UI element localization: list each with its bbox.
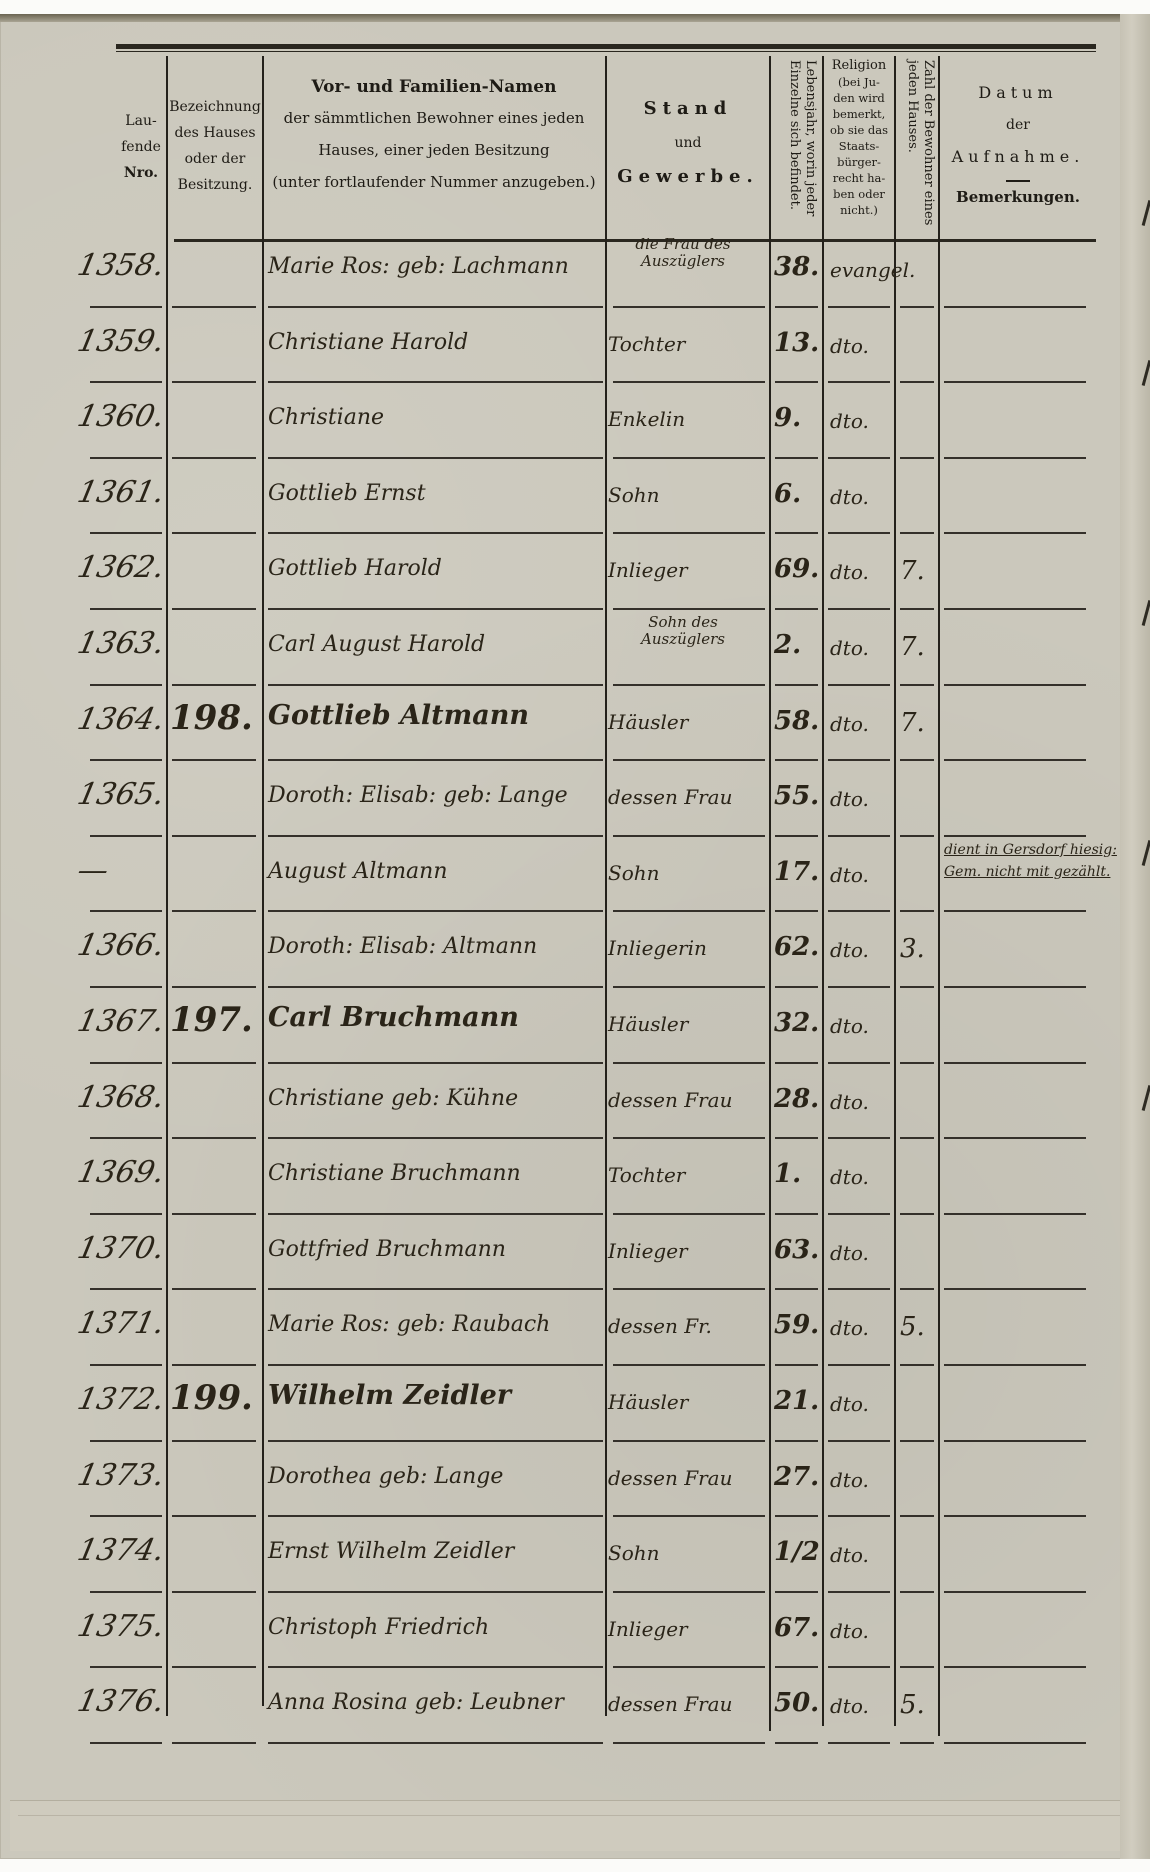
- header-text: Religion: [824, 58, 894, 74]
- resident-name: Carl Bruchmann: [268, 1002, 519, 1033]
- row-separator: [775, 684, 818, 686]
- row-separator: [828, 1591, 890, 1593]
- occupation: Tochter: [608, 1163, 685, 1187]
- row-separator: [775, 759, 818, 761]
- row-separator: [172, 1288, 256, 1290]
- house-number: 197.: [170, 1000, 253, 1040]
- row-separator: [90, 1288, 162, 1290]
- row-separator: [828, 1666, 890, 1668]
- row-separator: [828, 1515, 890, 1517]
- row-separator: [613, 986, 765, 988]
- row-separator: [268, 684, 603, 686]
- row-separator: [172, 457, 256, 459]
- row-separator: [172, 306, 256, 308]
- header-text: (unter fortlaufender Nummer anzugeben.): [264, 166, 604, 198]
- row-separator: [268, 1591, 603, 1593]
- row-separator: [613, 532, 765, 534]
- row-separator: [172, 1666, 256, 1668]
- row-separator: [944, 1515, 1086, 1517]
- row-separator: [900, 532, 934, 534]
- row-separator: [268, 608, 603, 610]
- row-separator: [90, 1062, 162, 1064]
- header-text: (bei Ju-: [824, 74, 894, 90]
- age-value: 13.: [774, 328, 819, 358]
- row-separator: [172, 910, 256, 912]
- resident-name: August Altmann: [268, 859, 448, 884]
- age-value: 28.: [774, 1084, 819, 1114]
- age-value: 55.: [774, 781, 819, 811]
- row-separator: [613, 1742, 765, 1744]
- row-separator: [90, 1440, 162, 1442]
- row-separator: [90, 608, 162, 610]
- row-separator: [172, 1364, 256, 1366]
- row-separator: [172, 1440, 256, 1442]
- row-separator: [944, 1666, 1086, 1668]
- running-number: 1373.: [74, 1458, 167, 1493]
- row-separator: [268, 1440, 603, 1442]
- religion-value: dto.: [830, 1468, 869, 1492]
- occupation: Häusler: [608, 1012, 688, 1036]
- row-separator: [775, 910, 818, 912]
- resident-name: Christiane Harold: [268, 330, 468, 355]
- header-stand: Stand und Gewerbe.: [607, 92, 769, 194]
- age-value: 58.: [774, 706, 819, 736]
- row-separator: [775, 1137, 818, 1139]
- row-separator: [90, 1515, 162, 1517]
- row-separator: [268, 1213, 603, 1215]
- header-text: des Hauses: [168, 120, 262, 146]
- resident-name: Christiane: [268, 405, 384, 430]
- running-number: 1369.: [74, 1155, 167, 1190]
- row-separator: [828, 457, 890, 459]
- resident-name: Wilhelm Zeidler: [268, 1380, 511, 1411]
- row-separator: [775, 457, 818, 459]
- row-separator: [900, 1288, 934, 1290]
- row-separator: [944, 1742, 1086, 1744]
- header-text: Bezeichnung: [168, 94, 262, 120]
- row-separator: [613, 1591, 765, 1593]
- row-separator: [90, 306, 162, 308]
- running-number: 1363.: [74, 626, 167, 661]
- row-separator: [900, 1591, 934, 1593]
- age-value: 21.: [774, 1386, 819, 1416]
- header-text: der sämmtlichen Bewohner eines jeden: [264, 102, 604, 134]
- row-separator: [90, 457, 162, 459]
- occupation: dessen Frau: [608, 1692, 732, 1716]
- row-separator: [944, 608, 1086, 610]
- header-text: Vor- und Familien-Namen: [264, 72, 604, 102]
- row-separator: [613, 1666, 765, 1668]
- header-text: der: [940, 110, 1096, 140]
- row-separator: [944, 1213, 1086, 1215]
- row-separator: [828, 986, 890, 988]
- row-separator: [900, 1440, 934, 1442]
- resident-name: Gottlieb Altmann: [268, 700, 529, 731]
- occupation: die Frau des Auszüglers: [608, 236, 758, 270]
- header-text: und: [607, 126, 769, 160]
- age-value: 59.: [774, 1310, 819, 1340]
- row-separator: [828, 835, 890, 837]
- row-separator: [775, 608, 818, 610]
- row-separator: [775, 835, 818, 837]
- occupation: Sohn: [608, 1541, 660, 1565]
- header-text: Gewerbe.: [607, 160, 769, 194]
- col-rule-4: [769, 56, 771, 1731]
- row-separator: [828, 1364, 890, 1366]
- row-separator: [828, 1137, 890, 1139]
- running-number: 1359.: [74, 324, 167, 359]
- running-number: 1358.: [74, 248, 167, 283]
- row-separator: [90, 381, 162, 383]
- occupation: Tochter: [608, 332, 685, 356]
- row-separator: [613, 457, 765, 459]
- header-text: oder der: [168, 146, 262, 172]
- row-separator: [613, 1440, 765, 1442]
- row-separator: [828, 306, 890, 308]
- religion-value: dto.: [830, 1316, 869, 1340]
- household-count: 7.: [900, 556, 925, 586]
- household-count: 5.: [900, 1690, 925, 1720]
- row-separator: [944, 835, 1086, 837]
- row-separator: [775, 1515, 818, 1517]
- running-number: 1361.: [74, 475, 167, 510]
- top-double-rule: [116, 44, 1096, 49]
- resident-name: Marie Ros: geb: Raubach: [268, 1312, 550, 1337]
- census-table: Lau- fende Nro. Bezeichnung des Hauses o…: [116, 44, 1096, 1762]
- occupation: Inlieger: [608, 1617, 688, 1641]
- row-separator: [775, 1666, 818, 1668]
- occupation: Inlieger: [608, 1239, 688, 1263]
- running-number: 1364.: [74, 702, 167, 737]
- row-separator: [268, 759, 603, 761]
- house-number: 198.: [170, 698, 253, 738]
- age-value: 17.: [774, 857, 819, 887]
- header-names: Vor- und Familien-Namen der sämmtlichen …: [264, 72, 604, 198]
- row-separator: [900, 457, 934, 459]
- row-separator: [944, 910, 1086, 912]
- header-house: Bezeichnung des Hauses oder der Besitzun…: [168, 94, 262, 198]
- row-separator: [900, 306, 934, 308]
- header-running-no: Lau- fende Nro.: [116, 108, 166, 186]
- resident-name: Anna Rosina geb: Leubner: [268, 1690, 564, 1715]
- row-separator: [613, 910, 765, 912]
- household-count: 3.: [900, 934, 925, 964]
- row-separator: [775, 306, 818, 308]
- religion-value: dto.: [830, 938, 869, 962]
- house-number: 199.: [170, 1378, 253, 1418]
- occupation: Häusler: [608, 1390, 688, 1414]
- resident-name: Christiane Bruchmann: [268, 1161, 521, 1186]
- row-separator: [828, 910, 890, 912]
- age-value: 62.: [774, 932, 819, 962]
- row-separator: [828, 532, 890, 534]
- row-separator: [90, 759, 162, 761]
- row-separator: [613, 381, 765, 383]
- religion-value: evangel.: [830, 258, 915, 282]
- row-separator: [775, 1364, 818, 1366]
- resident-name: Carl August Harold: [268, 632, 485, 657]
- row-separator: [613, 1364, 765, 1366]
- row-separator: [613, 835, 765, 837]
- row-separator: [944, 1137, 1086, 1139]
- row-separator: [944, 457, 1086, 459]
- religion-value: dto.: [830, 334, 869, 358]
- row-separator: [268, 1666, 603, 1668]
- row-separator: [900, 381, 934, 383]
- age-value: 27.: [774, 1462, 819, 1492]
- religion-value: dto.: [830, 1694, 869, 1718]
- row-separator: [775, 1062, 818, 1064]
- row-separator: [172, 1137, 256, 1139]
- col-rule-5: [822, 56, 824, 1726]
- running-number: 1375.: [74, 1609, 167, 1644]
- occupation: dessen Fr.: [608, 1314, 712, 1338]
- header-text: recht ha-: [824, 170, 894, 186]
- age-value: 38.: [774, 252, 819, 282]
- col-rule-2: [262, 56, 264, 1706]
- row-separator: [775, 532, 818, 534]
- age-value: 9.: [774, 403, 801, 433]
- religion-value: dto.: [830, 409, 869, 433]
- row-separator: [900, 835, 934, 837]
- row-separator: [613, 306, 765, 308]
- row-separator: [90, 532, 162, 534]
- resident-name: Christoph Friedrich: [268, 1615, 489, 1640]
- row-separator: [172, 1062, 256, 1064]
- row-separator: [268, 1515, 603, 1517]
- row-separator: [268, 381, 603, 383]
- header-dash: [1006, 180, 1030, 182]
- religion-value: dto.: [830, 1241, 869, 1265]
- row-separator: [268, 532, 603, 534]
- header-text: fende: [116, 134, 166, 160]
- row-separator: [828, 759, 890, 761]
- age-value: 6.: [774, 479, 801, 509]
- age-value: 2.: [774, 630, 801, 660]
- row-separator: [268, 1364, 603, 1366]
- row-separator: [172, 608, 256, 610]
- row-separator: [613, 1288, 765, 1290]
- row-separator: [944, 1364, 1086, 1366]
- row-separator: [944, 759, 1086, 761]
- header-text: Nro.: [116, 160, 166, 186]
- row-separator: [944, 1288, 1086, 1290]
- occupation: Inliegerin: [608, 936, 707, 960]
- religion-value: dto.: [830, 1090, 869, 1114]
- occupation: Häusler: [608, 710, 688, 734]
- header-text: nicht.): [824, 202, 894, 218]
- running-number: 1374.: [74, 1533, 167, 1568]
- age-value: 1/2: [774, 1537, 820, 1567]
- religion-value: dto.: [830, 712, 869, 736]
- resident-name: Doroth: Elisab: geb: Lange: [268, 783, 568, 808]
- header-age: Lebensjahr, worin jeder Einzelne sich be…: [778, 60, 818, 236]
- row-separator: [172, 986, 256, 988]
- row-separator: [900, 1515, 934, 1517]
- header-text: ben oder: [824, 186, 894, 202]
- age-value: 1.: [774, 1159, 801, 1189]
- row-separator: [900, 1137, 934, 1139]
- row-separator: [613, 1213, 765, 1215]
- col-rule-6: [894, 56, 896, 1726]
- running-number: 1371.: [74, 1306, 167, 1341]
- row-separator: [828, 608, 890, 610]
- running-number: 1360.: [74, 399, 167, 434]
- resident-name: Ernst Wilhelm Zeidler: [268, 1539, 514, 1564]
- row-separator: [828, 1440, 890, 1442]
- header-text: Datum: [940, 76, 1096, 110]
- book-spine-edge: [1120, 14, 1150, 1859]
- occupation: Sohn des Auszüglers: [608, 614, 758, 648]
- row-separator: [944, 684, 1086, 686]
- running-number: 1365.: [74, 777, 167, 812]
- occupation: dessen Frau: [608, 1466, 732, 1490]
- row-separator: [775, 1288, 818, 1290]
- col-rule-3: [605, 56, 607, 1716]
- remark-note: dient in Gersdorf hiesig: Gem. nicht mit…: [944, 839, 1124, 883]
- top-rule-thin: [116, 51, 1096, 52]
- resident-name: Doroth: Elisab: Altmann: [268, 934, 537, 959]
- row-separator: [172, 1591, 256, 1593]
- age-value: 50.: [774, 1688, 819, 1718]
- row-separator: [172, 1515, 256, 1517]
- row-separator: [828, 381, 890, 383]
- row-separator: [900, 608, 934, 610]
- resident-name: Dorothea geb: Lange: [268, 1464, 503, 1489]
- row-separator: [172, 532, 256, 534]
- row-separator: [90, 835, 162, 837]
- row-separator: [900, 1666, 934, 1668]
- row-separator: [268, 457, 603, 459]
- row-separator: [268, 1742, 603, 1744]
- row-separator: [172, 684, 256, 686]
- row-separator: [900, 1742, 934, 1744]
- religion-value: dto.: [830, 1165, 869, 1189]
- age-value: 32.: [774, 1008, 819, 1038]
- religion-value: dto.: [830, 560, 869, 584]
- resident-name: Gottfried Bruchmann: [268, 1237, 506, 1262]
- row-separator: [172, 381, 256, 383]
- running-number: 1376.: [74, 1684, 167, 1719]
- running-number: 1367.: [74, 1004, 167, 1039]
- resident-name: Christiane geb: Kühne: [268, 1086, 518, 1111]
- row-separator: [268, 306, 603, 308]
- row-separator: [90, 1137, 162, 1139]
- row-separator: [775, 1742, 818, 1744]
- household-count: 5.: [900, 1312, 925, 1342]
- row-separator: [775, 1440, 818, 1442]
- running-number: 1362.: [74, 550, 167, 585]
- occupation: Enkelin: [608, 407, 685, 431]
- col-rule-7: [938, 56, 940, 1736]
- religion-value: dto.: [830, 636, 869, 660]
- row-separator: [613, 1137, 765, 1139]
- row-separator: [268, 1137, 603, 1139]
- row-separator: [775, 1591, 818, 1593]
- header-count: Zahl der Bewohner eines jeden Hauses.: [900, 60, 936, 230]
- header-text: Hauses, einer jeden Besitzung: [264, 134, 604, 166]
- religion-value: dto.: [830, 485, 869, 509]
- religion-value: dto.: [830, 1392, 869, 1416]
- household-count: 7.: [900, 708, 925, 738]
- row-separator: [268, 1288, 603, 1290]
- row-separator: [944, 1591, 1086, 1593]
- row-separator: [172, 835, 256, 837]
- header-text: bemerkt,: [824, 106, 894, 122]
- row-separator: [944, 381, 1086, 383]
- row-separator: [90, 986, 162, 988]
- row-separator: [775, 1213, 818, 1215]
- col-rule-1: [166, 56, 168, 1716]
- header-text: ob sie das: [824, 122, 894, 138]
- row-separator: [900, 910, 934, 912]
- row-separator: [900, 1364, 934, 1366]
- religion-value: dto.: [830, 787, 869, 811]
- header-text: Besitzung.: [168, 172, 262, 198]
- running-number: 1372.: [74, 1382, 167, 1417]
- row-separator: [90, 684, 162, 686]
- row-separator: [900, 1213, 934, 1215]
- row-separator: [775, 381, 818, 383]
- row-separator: [90, 1742, 162, 1744]
- row-separator: [90, 910, 162, 912]
- religion-value: dto.: [830, 1619, 869, 1643]
- page-top-edge: [0, 14, 1150, 22]
- row-separator: [613, 684, 765, 686]
- resident-name: Marie Ros: geb: Lachmann: [268, 254, 569, 279]
- row-separator: [828, 1288, 890, 1290]
- household-count: 7.: [900, 632, 925, 662]
- row-separator: [90, 1591, 162, 1593]
- row-separator: [172, 1213, 256, 1215]
- religion-value: dto.: [830, 1543, 869, 1567]
- age-value: 69.: [774, 554, 819, 584]
- row-separator: [613, 608, 765, 610]
- row-separator: [828, 1213, 890, 1215]
- row-separator: [828, 1742, 890, 1744]
- row-separator: [268, 986, 603, 988]
- header-religion: Religion (bei Ju- den wird bemerkt, ob s…: [824, 58, 894, 218]
- religion-value: dto.: [830, 863, 869, 887]
- row-separator: [90, 1666, 162, 1668]
- row-separator: [944, 532, 1086, 534]
- row-separator: [900, 986, 934, 988]
- row-separator: [944, 986, 1086, 988]
- row-separator: [944, 1440, 1086, 1442]
- running-number: 1366.: [74, 928, 167, 963]
- page-stack-bottom: [10, 1800, 1120, 1851]
- running-number: 1368.: [74, 1080, 167, 1115]
- header-date: Datum der Aufnahme. Bemerkungen.: [940, 76, 1096, 206]
- header-text: bürger-: [824, 154, 894, 170]
- header-text: Bemerkungen.: [940, 188, 1096, 206]
- header-text: Staats-: [824, 138, 894, 154]
- row-separator: [900, 684, 934, 686]
- row-separator: [172, 1742, 256, 1744]
- running-number: 1370.: [74, 1231, 167, 1266]
- header-text: den wird: [824, 90, 894, 106]
- row-separator: [172, 759, 256, 761]
- row-separator: [828, 684, 890, 686]
- occupation: Inlieger: [608, 558, 688, 582]
- header-text: Lau-: [116, 108, 166, 134]
- occupation: dessen Frau: [608, 1088, 732, 1112]
- row-separator: [613, 1062, 765, 1064]
- row-separator: [268, 1062, 603, 1064]
- row-separator: [268, 835, 603, 837]
- resident-name: Gottlieb Ernst: [268, 481, 426, 506]
- row-separator: [828, 1062, 890, 1064]
